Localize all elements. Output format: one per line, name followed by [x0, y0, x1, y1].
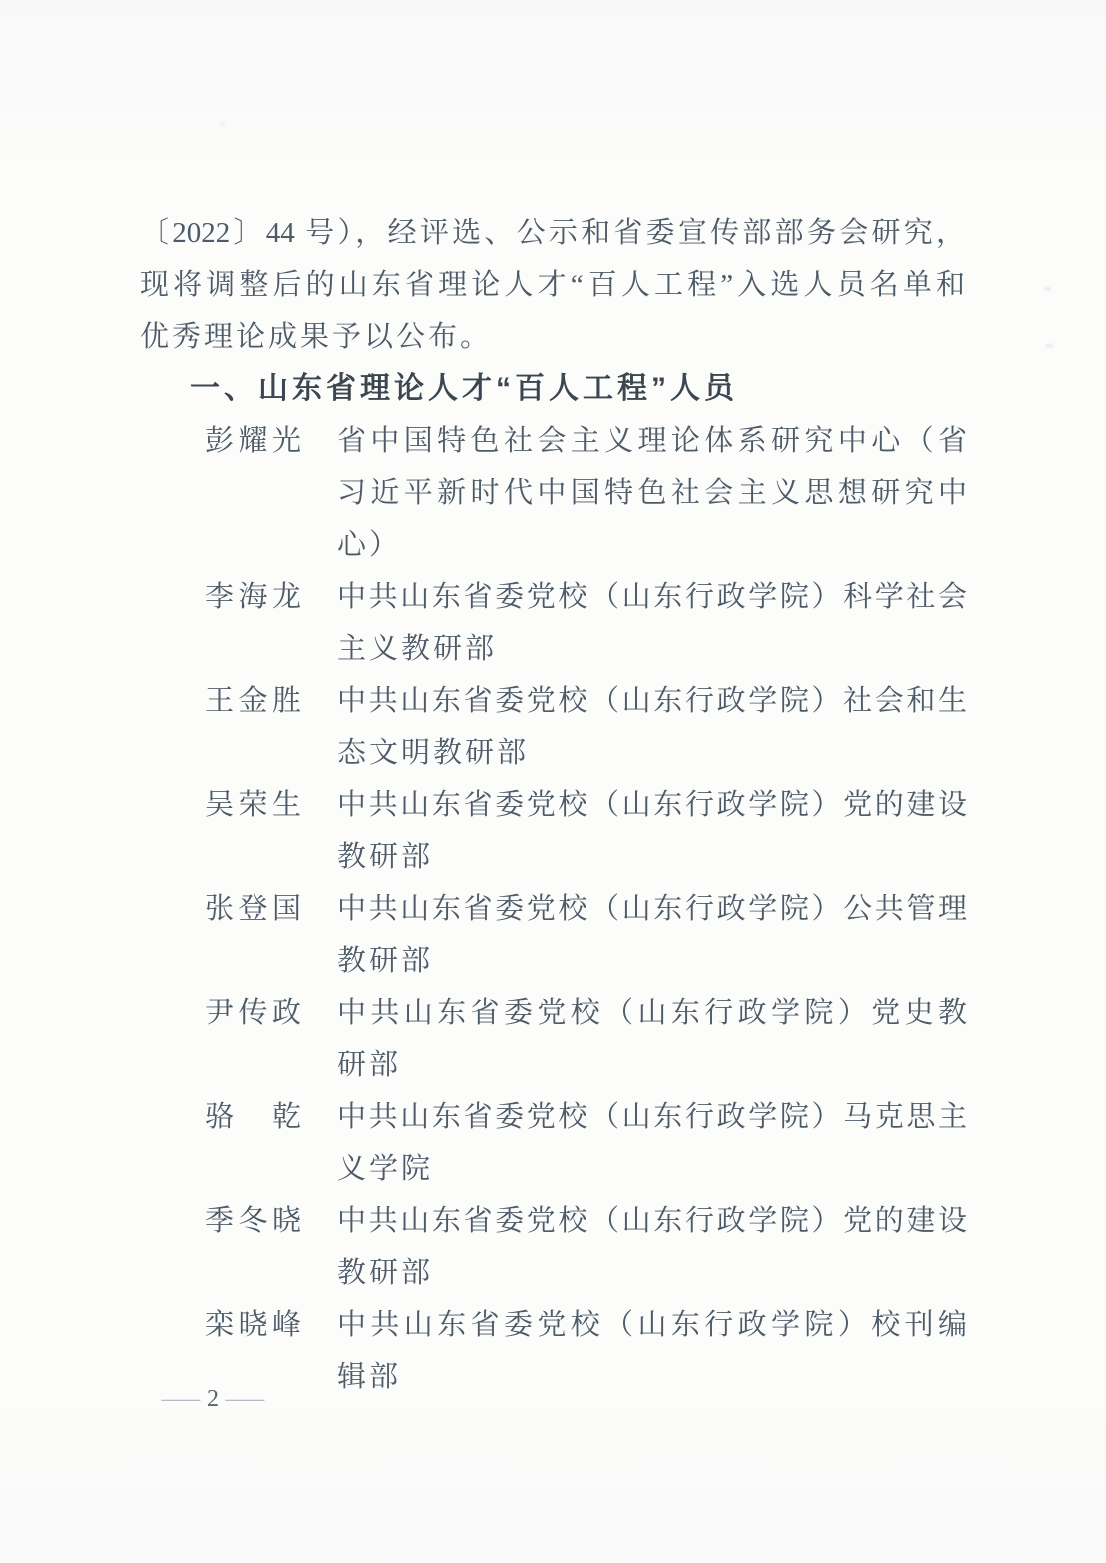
affiliation-line: 中共山东省委党校（山东行政学院）马克思主 — [337, 1091, 967, 1143]
person-name: 张登国 — [205, 883, 301, 935]
person-affiliation: 省中国特色社会主义理论体系研究中心（省习近平新时代中国特色社会主义思想研究中心） — [337, 415, 967, 571]
scanned-document-page: 〔2022〕44 号），经评选、公示和省委宣传部部务会研究，现将调整后的山东省理… — [0, 0, 1106, 1563]
affiliation-line: 中共山东省委党校（山东行政学院）科学社会 — [337, 571, 967, 623]
roster-row: 吴荣生中共山东省委党校（山东行政学院）党的建设教研部 — [0, 779, 1106, 883]
roster-row: 张登国中共山东省委党校（山东行政学院）公共管理教研部 — [0, 883, 1106, 987]
scan-speck — [1044, 287, 1051, 291]
person-name: 吴荣生 — [205, 779, 301, 831]
affiliation-line: 主义教研部 — [337, 623, 967, 675]
person-name: 季冬晓 — [205, 1195, 301, 1247]
roster-row: 骆乾中共山东省委党校（山东行政学院）马克思主义学院 — [0, 1091, 1106, 1195]
person-affiliation: 中共山东省委党校（山东行政学院）党的建设教研部 — [337, 779, 967, 883]
person-affiliation: 中共山东省委党校（山东行政学院）校刊编辑部 — [337, 1299, 967, 1403]
affiliation-line: 教研部 — [337, 1247, 967, 1299]
person-name: 李海龙 — [205, 571, 301, 623]
intro-line: 优秀理论成果予以公布。 — [140, 311, 965, 363]
intro-paragraph: 〔2022〕44 号），经评选、公示和省委宣传部部务会研究，现将调整后的山东省理… — [140, 207, 965, 363]
scan-speck — [1045, 344, 1054, 348]
page-number-dash-left: — — [162, 1384, 200, 1414]
roster-row: 尹传政中共山东省委党校（山东行政学院）党史教研部 — [0, 987, 1106, 1091]
person-affiliation: 中共山东省委党校（山东行政学院）党的建设教研部 — [337, 1195, 967, 1299]
roster-row: 王金胜中共山东省委党校（山东行政学院）社会和生态文明教研部 — [0, 675, 1106, 779]
roster-row: 李海龙中共山东省委党校（山东行政学院）科学社会主义教研部 — [0, 571, 1106, 675]
roster-row: 彭耀光省中国特色社会主义理论体系研究中心（省习近平新时代中国特色社会主义思想研究… — [0, 415, 1106, 571]
affiliation-line: 中共山东省委党校（山东行政学院）党的建设 — [337, 779, 967, 831]
affiliation-line: 研部 — [337, 1039, 967, 1091]
roster-row: 季冬晓中共山东省委党校（山东行政学院）党的建设教研部 — [0, 1195, 1106, 1299]
person-name: 尹传政 — [205, 987, 301, 1039]
affiliation-line: 教研部 — [337, 935, 967, 987]
affiliation-line: 义学院 — [337, 1143, 967, 1195]
affiliation-line: 态文明教研部 — [337, 727, 967, 779]
intro-line: 〔2022〕44 号），经评选、公示和省委宣传部部务会研究， — [140, 207, 965, 259]
page-number: —2— — [155, 1384, 271, 1414]
affiliation-line: 辑部 — [337, 1351, 967, 1403]
scan-speck — [220, 122, 225, 126]
affiliation-line: 中共山东省委党校（山东行政学院）党的建设 — [337, 1195, 967, 1247]
person-affiliation: 中共山东省委党校（山东行政学院）党史教研部 — [337, 987, 967, 1091]
affiliation-line: 中共山东省委党校（山东行政学院）校刊编 — [337, 1299, 967, 1351]
person-affiliation: 中共山东省委党校（山东行政学院）马克思主义学院 — [337, 1091, 967, 1195]
affiliation-line: 中共山东省委党校（山东行政学院）公共管理 — [337, 883, 967, 935]
affiliation-line: 教研部 — [337, 831, 967, 883]
intro-line: 现将调整后的山东省理论人才“百人工程”入选人员名单和 — [140, 259, 965, 311]
person-name: 王金胜 — [205, 675, 301, 727]
page-number-dash-right: — — [226, 1384, 264, 1414]
affiliation-line: 中共山东省委党校（山东行政学院）社会和生 — [337, 675, 967, 727]
affiliation-line: 省中国特色社会主义理论体系研究中心（省 — [337, 415, 967, 467]
person-name: 栾晓峰 — [205, 1299, 301, 1351]
person-name: 骆乾 — [205, 1091, 301, 1143]
person-name: 彭耀光 — [205, 415, 301, 467]
affiliation-line: 中共山东省委党校（山东行政学院）党史教 — [337, 987, 967, 1039]
affiliation-line: 心） — [337, 519, 967, 571]
roster-list: 彭耀光省中国特色社会主义理论体系研究中心（省习近平新时代中国特色社会主义思想研究… — [0, 415, 1106, 1403]
person-affiliation: 中共山东省委党校（山东行政学院）科学社会主义教研部 — [337, 571, 967, 675]
page-number-value: 2 — [207, 1386, 219, 1412]
person-affiliation: 中共山东省委党校（山东行政学院）公共管理教研部 — [337, 883, 967, 987]
affiliation-line: 习近平新时代中国特色社会主义思想研究中 — [337, 467, 967, 519]
person-affiliation: 中共山东省委党校（山东行政学院）社会和生态文明教研部 — [337, 675, 967, 779]
section-heading: 一、山东省理论人才“百人工程”人员 — [190, 363, 738, 415]
